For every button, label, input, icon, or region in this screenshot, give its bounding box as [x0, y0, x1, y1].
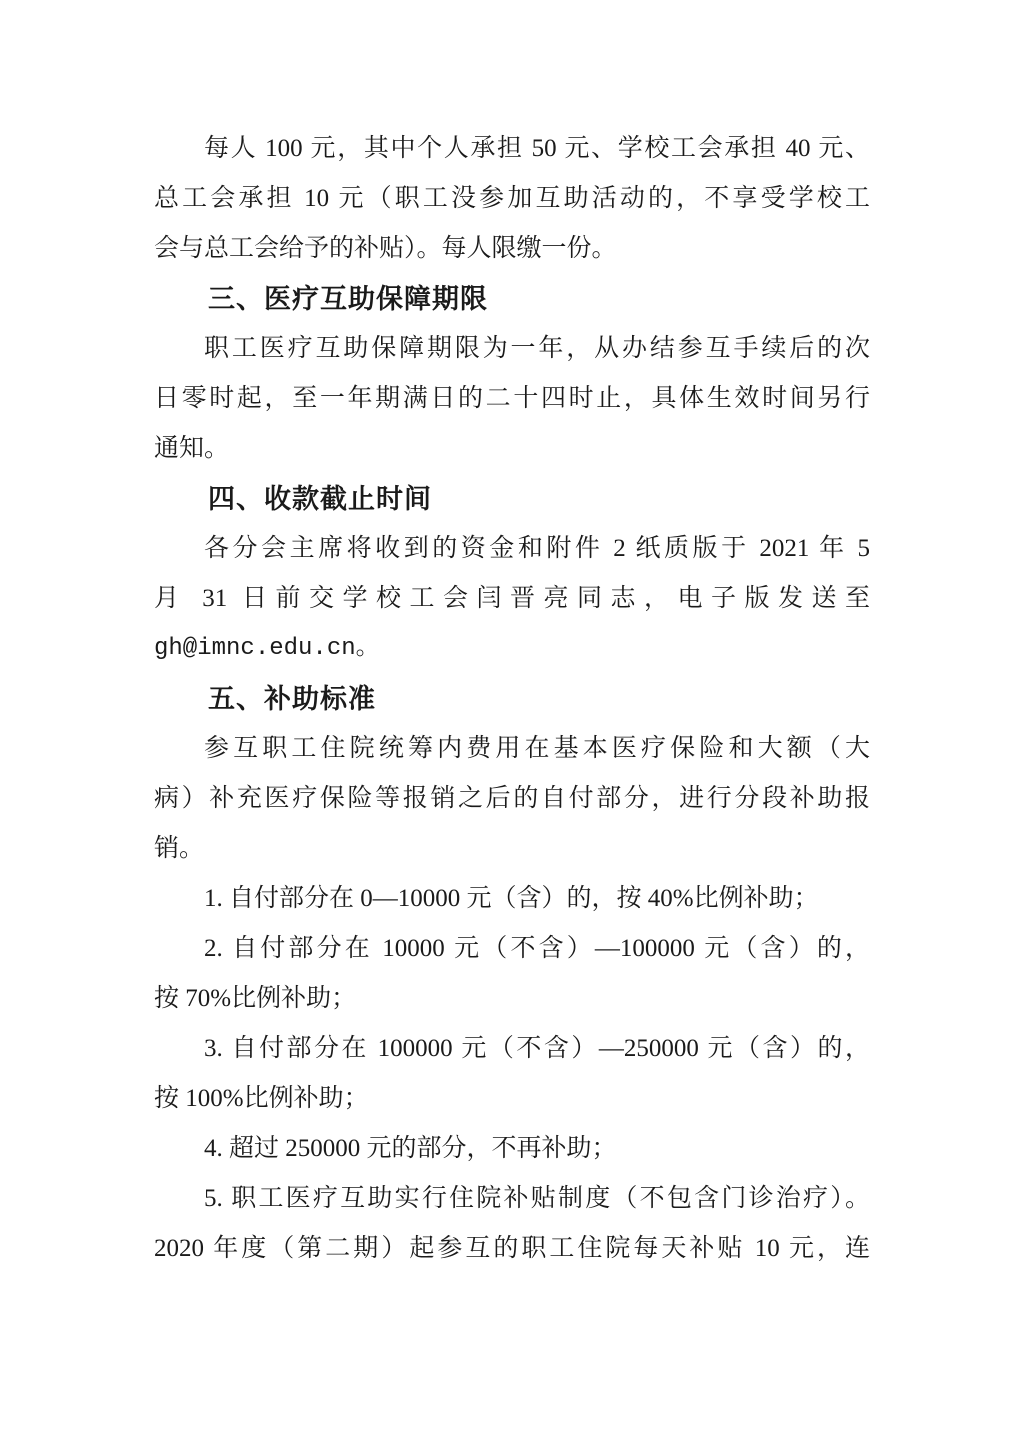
body-text-line: 销。	[154, 824, 870, 874]
list-item-2: 2. 自付部分在 10000 元（不含）—100000 元（含）的，	[154, 924, 870, 974]
section-heading-3: 三、医疗互助保障期限	[154, 274, 870, 324]
email-line: gh@imnc.edu.cn。	[154, 624, 870, 674]
document-page: 每人 100 元，其中个人承担 50 元、学校工会承担 40 元、总工会承担 1…	[0, 0, 1024, 1448]
body-text-line: 通知。	[154, 424, 870, 474]
body-text-line: 参互职工住院统筹内费用在基本医疗保险和大额（大	[154, 724, 870, 774]
body-text-line: 病）补充医疗保险等报销之后的自付部分，进行分段补助报	[154, 774, 870, 824]
list-item-4: 4. 超过 250000 元的部分，不再补助；	[154, 1124, 870, 1174]
body-text-line: 2020 年度（第二期）起参互的职工住院每天补贴 10 元，连	[154, 1224, 870, 1274]
document-content: 每人 100 元，其中个人承担 50 元、学校工会承担 40 元、总工会承担 1…	[154, 124, 870, 1274]
body-text-line: 按 100%比例补助；	[154, 1074, 870, 1124]
list-item-3: 3. 自付部分在 100000 元（不含）—250000 元（含）的，	[154, 1024, 870, 1074]
body-text-line: 各分会主席将收到的资金和附件 2 纸质版于 2021 年 5	[154, 524, 870, 574]
body-text-line: 日零时起，至一年期满日的二十四时止，具体生效时间另行	[154, 374, 870, 424]
list-item-1: 1. 自付部分在 0—10000 元（含）的，按 40%比例补助；	[154, 874, 870, 924]
list-item-5: 5. 职工医疗互助实行住院补贴制度（不包含门诊治疗）。	[154, 1174, 870, 1224]
section-heading-5: 五、补助标准	[154, 674, 870, 724]
body-text-line: 会与总工会给予的补贴）。每人限缴一份。	[154, 224, 870, 274]
body-text-line: 每人 100 元，其中个人承担 50 元、学校工会承担 40 元、	[154, 124, 870, 174]
body-text-line: 月 31 日前交学校工会闫晋亮同志，电子版发送至	[154, 574, 870, 624]
body-text-line: 总工会承担 10 元（职工没参加互助活动的，不享受学校工	[154, 174, 870, 224]
body-text-line: 职工医疗互助保障期限为一年，从办结参互手续后的次	[154, 324, 870, 374]
body-text-line: 按 70%比例补助；	[154, 974, 870, 1024]
section-heading-4: 四、收款截止时间	[154, 474, 870, 524]
